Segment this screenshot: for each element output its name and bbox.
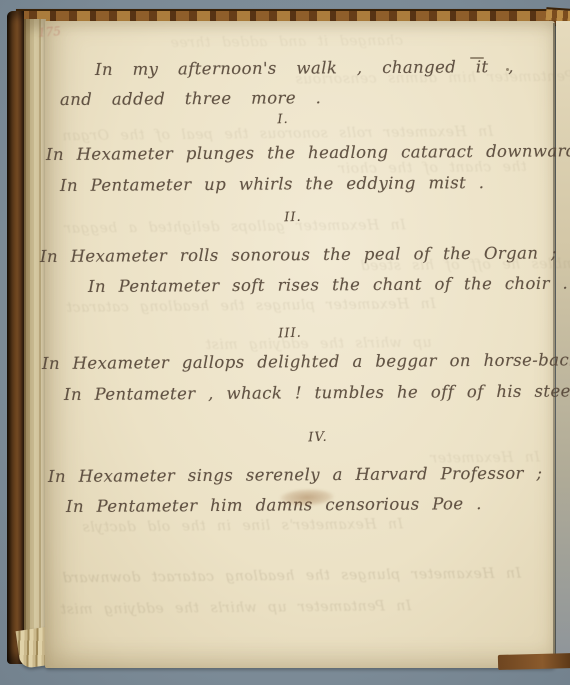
intro-line: and added three more .	[60, 88, 321, 109]
ghost-bleedthrough-line: In Hexameter's line in the old dactyls	[82, 516, 403, 535]
verse-line: In Hexameter gallops delighted a beggar …	[42, 350, 570, 373]
verse-line: In Pentameter him damns censorious Poe .	[66, 494, 482, 516]
page-number: 175	[38, 24, 62, 40]
ghost-bleedthrough-line: changed it and added three	[170, 33, 403, 51]
bottom-cover-edge	[498, 653, 570, 670]
ink-stain	[280, 488, 335, 507]
verse-line: In Hexameter sings serenely a Harvard Pr…	[48, 464, 543, 486]
verse-line: In Pentameter up whirls the eddying mist…	[60, 173, 485, 195]
ink-speck	[506, 68, 509, 71]
page-edge-stack	[24, 19, 46, 664]
ghost-bleedthrough-line: up whirls the eddying mist	[205, 335, 432, 353]
stanza-numeral: I.	[277, 112, 289, 127]
verse-line: In Pentameter soft rises the chant of th…	[88, 274, 568, 296]
fore-edge-strip	[556, 21, 570, 668]
intro-line: In my afternoon's walk , changed it ,	[95, 57, 514, 79]
verse-line: In Pentameter , whack ! tumbles he off o…	[64, 381, 570, 404]
ink-dash	[470, 57, 484, 59]
verse-line: In Hexameter plunges the headlong catara…	[46, 141, 570, 164]
scanned-book-photo: 175 changed it and added three In Pentam…	[0, 0, 570, 685]
leather-spine	[7, 11, 24, 664]
gilt-top-corner	[546, 7, 570, 22]
stanza-numeral: II.	[284, 210, 302, 226]
stanza-numeral: IV.	[308, 430, 328, 446]
verse-line: In Hexameter rolls sonorous the peal of …	[40, 243, 557, 266]
stanza-numeral: III.	[278, 326, 302, 342]
